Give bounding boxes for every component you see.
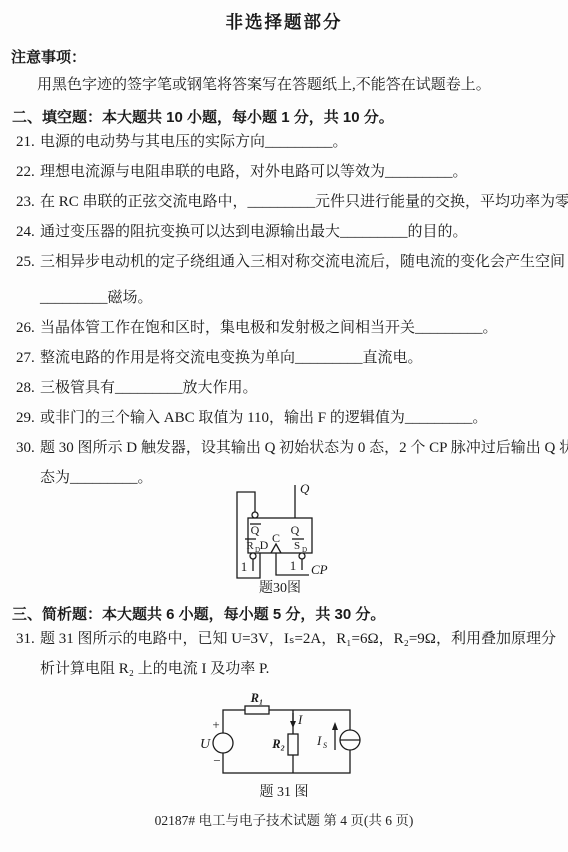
question-text: 三极管具有_________放大作用。 — [40, 373, 568, 403]
question-number: 30. — [16, 433, 35, 463]
question-number: 29. — [16, 403, 35, 433]
resistor-r1 — [245, 706, 269, 714]
question-number: 23. — [16, 187, 35, 217]
question-number: 26. — [16, 313, 35, 343]
question-27: 27. 整流电路的作用是将交流电变换为单向_________直流电。 — [0, 343, 568, 373]
notice-text: 用黑色字迹的签字笔或钢笔将答案写在答题纸上,不能答在试题卷上。 — [37, 76, 568, 95]
d-flipflop-figure: Q Q Q R D D C S D 1 1 CP 题30图 — [0, 481, 568, 599]
right-input-value: 1 — [290, 558, 297, 573]
question-28: 28. 三极管具有_________放大作用。 — [0, 373, 568, 403]
question-text: 题 30 图所示 D 触发器，设其输出 Q 初始状态为 0 态，2 个 CP 脉… — [40, 433, 568, 463]
question-text: 电源的电动势与其电压的实际方向_________。 — [40, 127, 568, 157]
question-number: 25. — [16, 247, 35, 277]
circuit-diagram: R₁ R₂ I + − U I S 题 31 图 — [190, 692, 385, 804]
question-30: 30. 题 30 图所示 D 触发器，设其输出 Q 初始状态为 0 态，2 个 … — [0, 433, 568, 493]
source-current-label: I — [316, 733, 322, 748]
current-label: I — [297, 712, 303, 727]
c-input-label: C — [272, 531, 280, 545]
d-input-label: D — [260, 538, 269, 552]
question-number: 21. — [16, 127, 35, 157]
question-number: 28. — [16, 373, 35, 403]
rd-label: R — [246, 540, 254, 552]
section2-heading: 二、填空题：本大题共 10 小题，每小题 1 分，共 10 分。 — [12, 108, 568, 127]
question-number: 24. — [16, 217, 35, 247]
voltage-source — [213, 733, 233, 753]
figure31-caption: 题 31 图 — [260, 784, 309, 800]
question-text: 在 RC 串联的正弦交流电路中，_________元件只进行能量的交换，平均功率… — [40, 187, 568, 217]
current-arrow-head — [290, 721, 296, 728]
question-26: 26. 当晶体管工作在饱和区时，集电极和发射极之间相当开关_________。 — [0, 313, 568, 343]
circuit-loop-wire — [223, 710, 350, 773]
minus-sign: − — [213, 753, 220, 768]
inner-qbar-label: Q — [251, 523, 260, 537]
left-input-value: 1 — [241, 559, 248, 574]
notice-heading: 注意事项： — [11, 48, 568, 67]
circuit-figure: R₁ R₂ I + − U I S 题 31 图 — [0, 692, 568, 804]
inner-q-label: Q — [291, 523, 300, 537]
question-text: 三相异步电动机的定子绕组通入三相对称交流电流后，随电流的变化会产生空间 — [40, 247, 568, 277]
question-31: 31. 题 31 图所示的电路中，已知 U=3V，Iₛ=2A，R₁=6Ω，R₂=… — [0, 624, 568, 684]
question-21: 21. 电源的电动势与其电压的实际方向_________。 — [0, 127, 568, 157]
voltage-label: U — [200, 737, 211, 752]
clock-edge-triangle — [271, 544, 281, 553]
question-25: 25. 三相异步电动机的定子绕组通入三相对称交流电流后，随电流的变化会产生空间 … — [0, 247, 568, 313]
question-text-continued: 析计算电阻 R₂ 上的电流 I 及功率 P. — [40, 654, 568, 684]
qbar-inversion-bubble — [252, 512, 258, 518]
source-current-arrow-head — [332, 722, 338, 730]
question-24: 24. 通过变压器的阻抗变换可以达到电源输出最大_________的目的。 — [0, 217, 568, 247]
question-text-continued: _________磁场。 — [40, 283, 568, 313]
question-22: 22. 理想电流源与电阻串联的电路，对外电路可以等效为_________。 — [0, 157, 568, 187]
d-flipflop-diagram: Q Q Q R D D C S D 1 1 CP 题30图 — [225, 481, 370, 599]
question-text: 整流电路的作用是将交流电变换为单向_________直流电。 — [40, 343, 568, 373]
figure30-caption: 题30图 — [259, 580, 301, 596]
question-number: 27. — [16, 343, 35, 373]
question-text: 理想电流源与电阻串联的电路，对外电路可以等效为_________。 — [40, 157, 568, 187]
section3-heading: 三、简析题：本大题共 6 小题，每小题 5 分，共 30 分。 — [12, 605, 568, 624]
sd-subscript: D — [302, 546, 307, 554]
question-23: 23. 在 RC 串联的正弦交流电路中，_________元件只进行能量的交换，… — [0, 187, 568, 217]
sd-label: S — [294, 540, 300, 552]
question-number: 31. — [16, 624, 35, 654]
question-text: 或非门的三个输入 ABC 取值为 110，输出 F 的逻辑值为_________… — [40, 403, 568, 433]
question-text: 通过变压器的阻抗变换可以达到电源输出最大_________的目的。 — [40, 217, 568, 247]
cp-label: CP — [311, 562, 328, 577]
r2-label: R₂ — [271, 737, 285, 751]
resistor-r2 — [288, 734, 298, 755]
source-current-subscript: S — [323, 741, 327, 750]
question-text: 题 31 图所示的电路中，已知 U=3V，Iₛ=2A，R₁=6Ω，R₂=9Ω，利… — [40, 624, 568, 654]
exam-page: 非选择题部分 注意事项： 用黑色字迹的签字笔或钢笔将答案写在答题纸上,不能答在试… — [0, 0, 568, 852]
question-29: 29. 或非门的三个输入 ABC 取值为 110，输出 F 的逻辑值为_____… — [0, 403, 568, 433]
question-text: 当晶体管工作在饱和区时，集电极和发射极之间相当开关_________。 — [40, 313, 568, 343]
question-number: 22. — [16, 157, 35, 187]
question-text-continued: 态为_________。 — [40, 463, 568, 493]
page-footer: 02187# 电工与电子技术试题 第 4 页(共 6 页) — [0, 813, 568, 828]
plus-sign: + — [212, 717, 219, 732]
r1-label: R₁ — [250, 692, 264, 705]
page-title: 非选择题部分 — [0, 9, 568, 34]
